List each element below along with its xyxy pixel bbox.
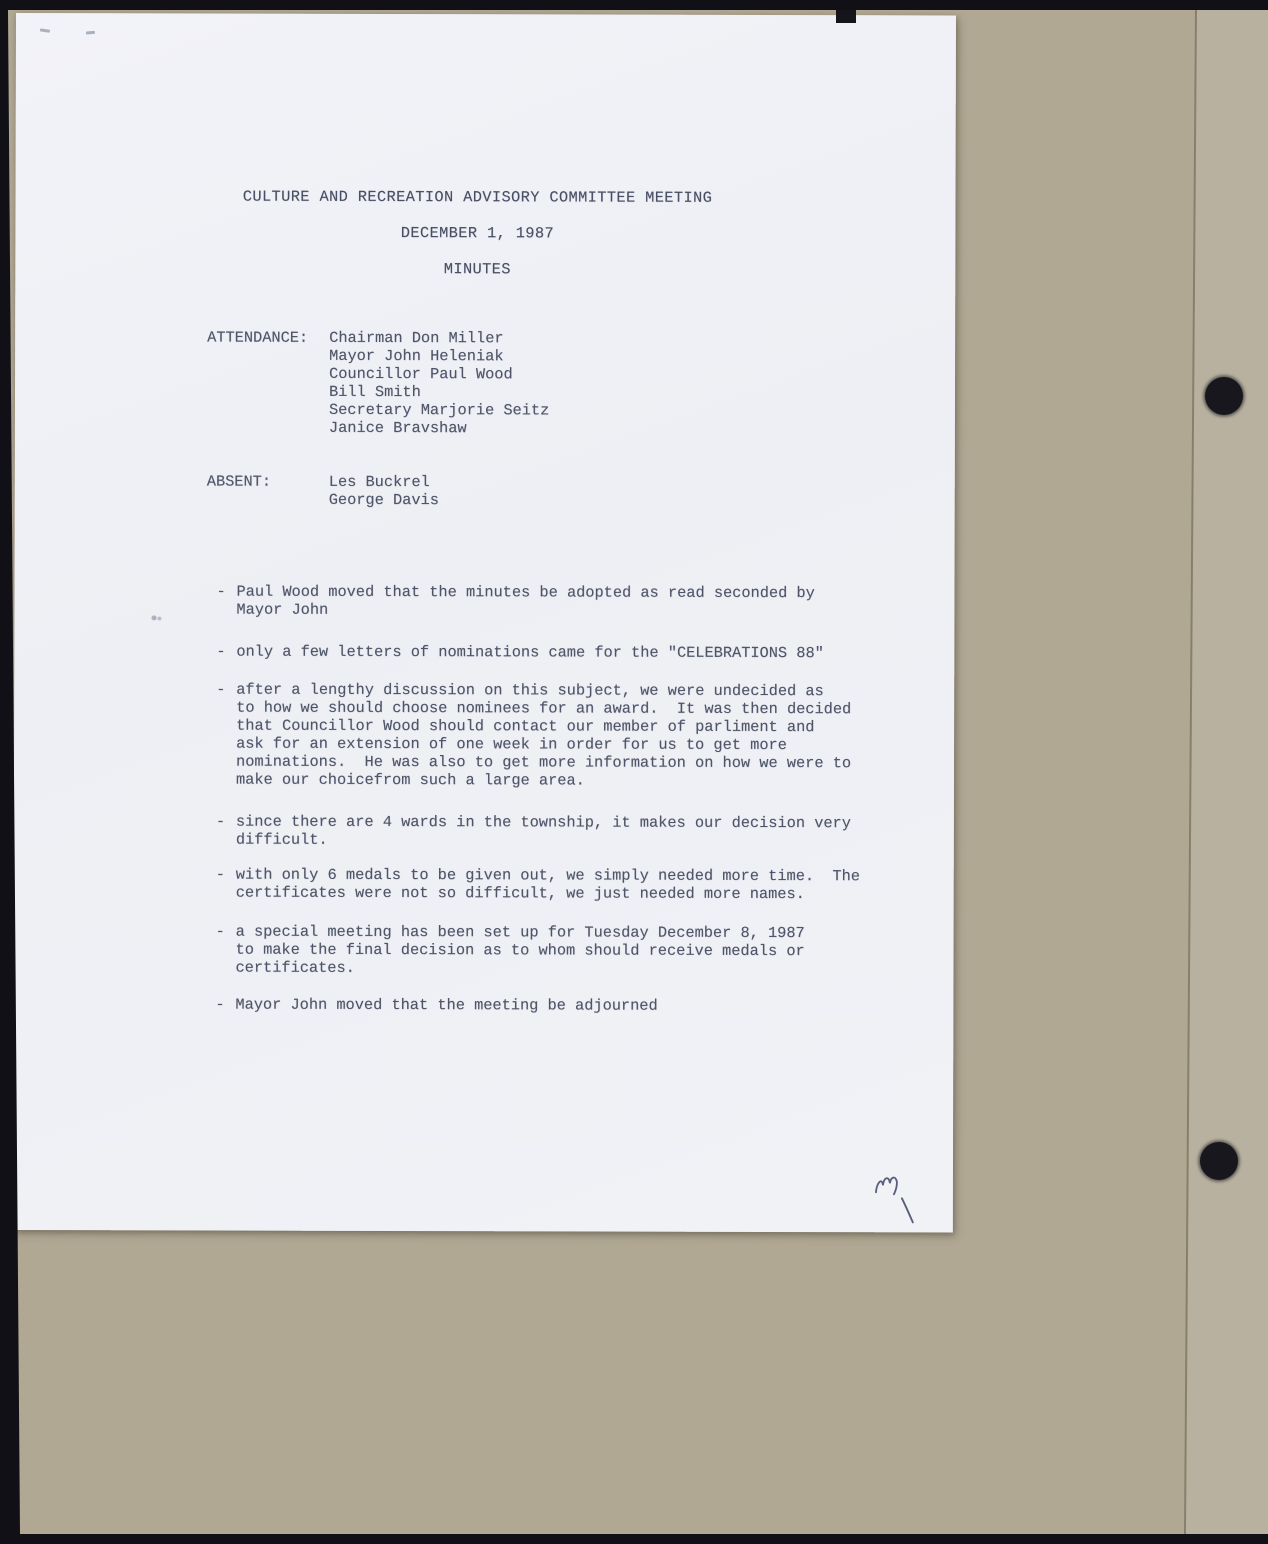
page-title: CULTURE AND RECREATION ADVISORY COMMITTE… — [7, 178, 947, 216]
absent-name: George Davis — [329, 491, 439, 509]
attendee-name: Bill Smith — [329, 383, 549, 402]
minutes-item-text: a special meeting has been set up for Tu… — [235, 923, 804, 978]
minutes-item: - since there are 4 wards in the townshi… — [216, 813, 936, 851]
attendee-name: Chairman Don Miller — [329, 329, 549, 348]
scanned-scrapbook-page: CULTURE AND RECREATION ADVISORY COMMITTE… — [0, 0, 1268, 1544]
minutes-item: - after a lengthy discussion on this sub… — [216, 681, 936, 791]
minutes-item: - with only 6 medals to be given out, we… — [216, 866, 936, 904]
document-heading: CULTURE AND RECREATION ADVISORY COMMITTE… — [7, 178, 947, 288]
minutes-item-text: Paul Wood moved that the minutes be adop… — [236, 583, 814, 621]
bullet-dash: - — [216, 681, 236, 789]
staple-mark — [86, 31, 95, 35]
pencil-smudge — [150, 615, 162, 620]
attendee-name: Janice Bravshaw — [329, 419, 549, 438]
minutes-item-text: only a few letters of nominations came f… — [236, 643, 824, 663]
minutes-item: - only a few letters of nominations came… — [216, 643, 936, 663]
absent-section: ABSENT: Les BuckrelGeorge Davis — [15, 472, 955, 474]
bullet-dash: - — [216, 866, 236, 902]
absent-name: Les Buckrel — [329, 473, 439, 491]
staple-mark — [40, 28, 50, 32]
minutes-item: - Paul Wood moved that the minutes be ad… — [216, 583, 936, 621]
album-page: CULTURE AND RECREATION ADVISORY COMMITTE… — [0, 0, 1268, 1544]
bullet-dash: - — [216, 643, 236, 661]
attendee-name: Mayor John Heleniak — [329, 347, 549, 366]
minutes-item-text: since there are 4 wards in the township,… — [236, 813, 851, 851]
attendance-section: ATTENDANCE: Chairman Don MillerMayor Joh… — [15, 328, 955, 330]
bullet-dash: - — [215, 996, 235, 1014]
bullet-dash: - — [215, 923, 235, 977]
attendance-label: ATTENDANCE: — [207, 329, 308, 347]
bullet-dash: - — [216, 813, 236, 849]
meeting-date: DECEMBER 1, 1987 — [7, 214, 947, 252]
absent-list: Les BuckrelGeorge Davis — [329, 473, 439, 509]
bullet-dash: - — [216, 583, 236, 619]
attendee-name: Secretary Marjorie Seitz — [329, 401, 549, 420]
attendance-list: Chairman Don MillerMayor John HeleniakCo… — [329, 329, 550, 438]
minutes-bullet-list: - Paul Wood moved that the minutes be ad… — [215, 583, 936, 1016]
absent-label: ABSENT: — [207, 473, 271, 491]
minutes-item-text: after a lengthy discussion on this subje… — [236, 681, 851, 791]
hole-punch-bottom — [1200, 1142, 1238, 1180]
attendee-name: Councillor Paul Wood — [329, 365, 549, 384]
minutes-item: - Mayor John moved that the meeting be a… — [215, 996, 935, 1016]
minutes-item-text: Mayor John moved that the meeting be adj… — [235, 996, 657, 1015]
hole-punch-top — [1205, 377, 1243, 415]
minutes-item-text: with only 6 medals to be given out, we s… — [236, 866, 860, 904]
handwritten-initials-mark — [868, 1160, 938, 1235]
document-page: CULTURE AND RECREATION ADVISORY COMMITTE… — [13, 13, 956, 1232]
document-type-label: MINUTES — [7, 250, 947, 288]
minutes-item: - a special meeting has been set up for … — [215, 923, 935, 979]
